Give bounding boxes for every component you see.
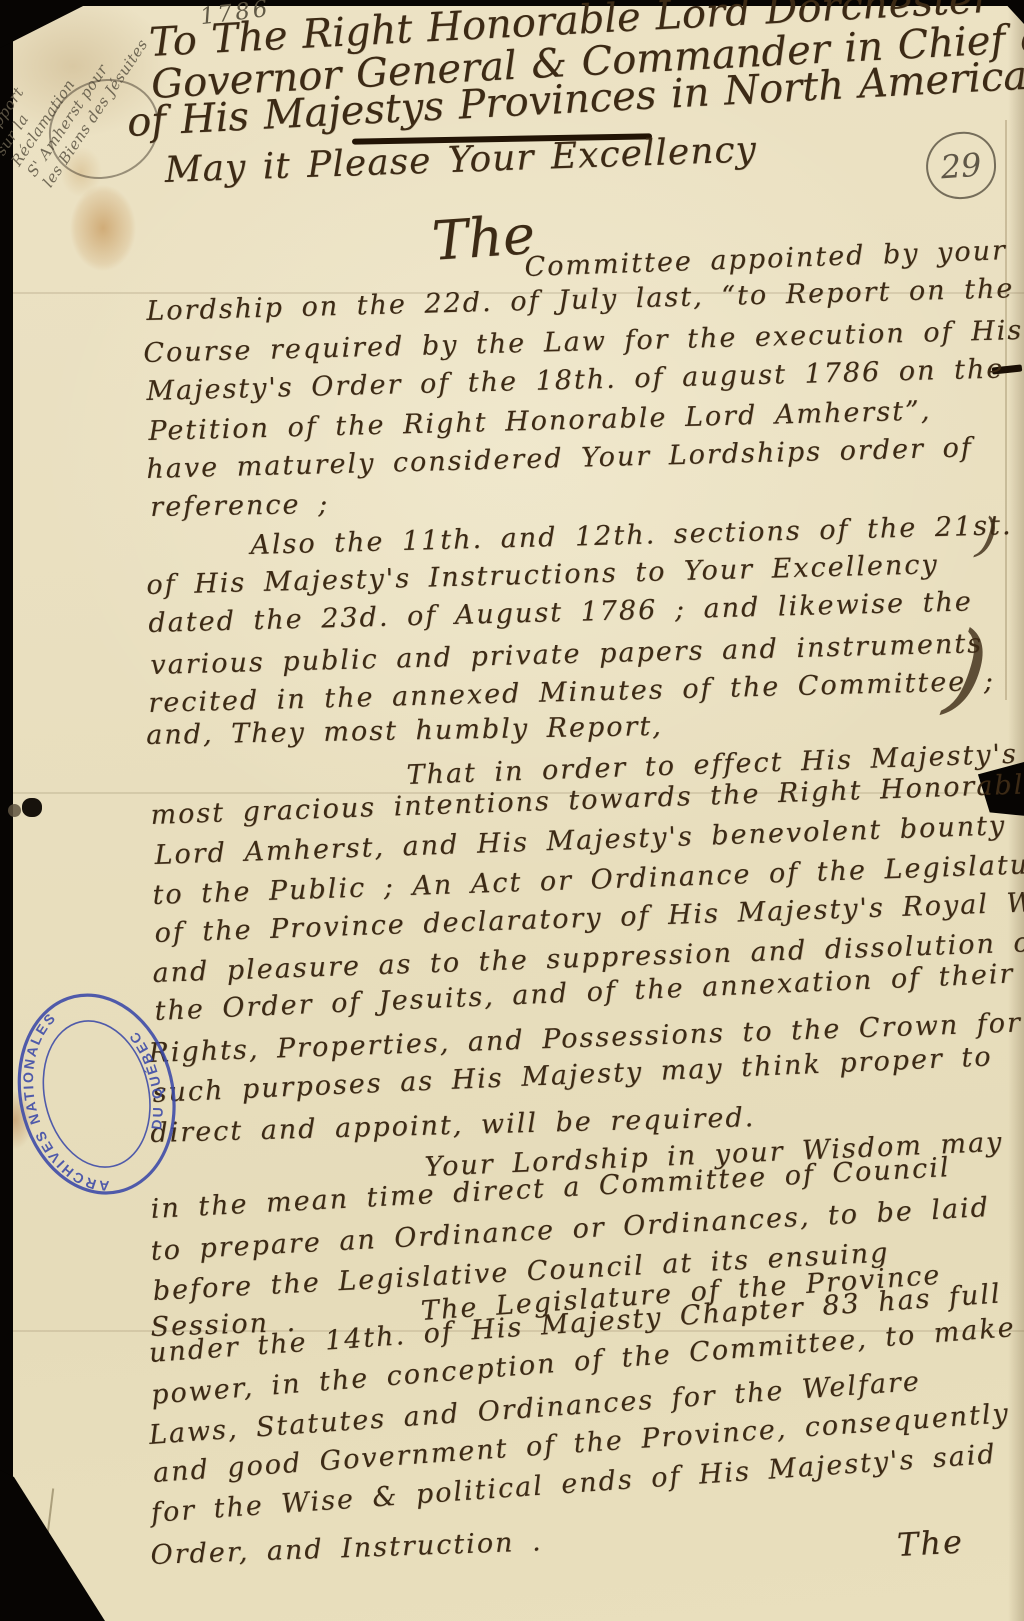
paper-edge-line xyxy=(1005,120,1007,700)
page-number: 29 xyxy=(939,145,982,186)
stamp-text-right: DU QUÉBEC xyxy=(123,1024,174,1134)
svg-text:ARCHIVES NATIONALES: ARCHIVES NATIONALES xyxy=(2,1004,113,1209)
ink-blot xyxy=(8,804,21,817)
handwritten-line: The xyxy=(896,1522,965,1563)
manuscript-scan: Rapportsur laRéclamationS' Amherst pourl… xyxy=(0,0,1024,1621)
handwritten-line: The xyxy=(430,203,537,273)
svg-text:DU QUÉBEC: DU QUÉBEC xyxy=(123,1024,174,1134)
stamp-text-left: ARCHIVES NATIONALES xyxy=(2,1004,113,1209)
handwritten-line: reference ; xyxy=(150,489,329,523)
ink-blot xyxy=(22,798,42,817)
